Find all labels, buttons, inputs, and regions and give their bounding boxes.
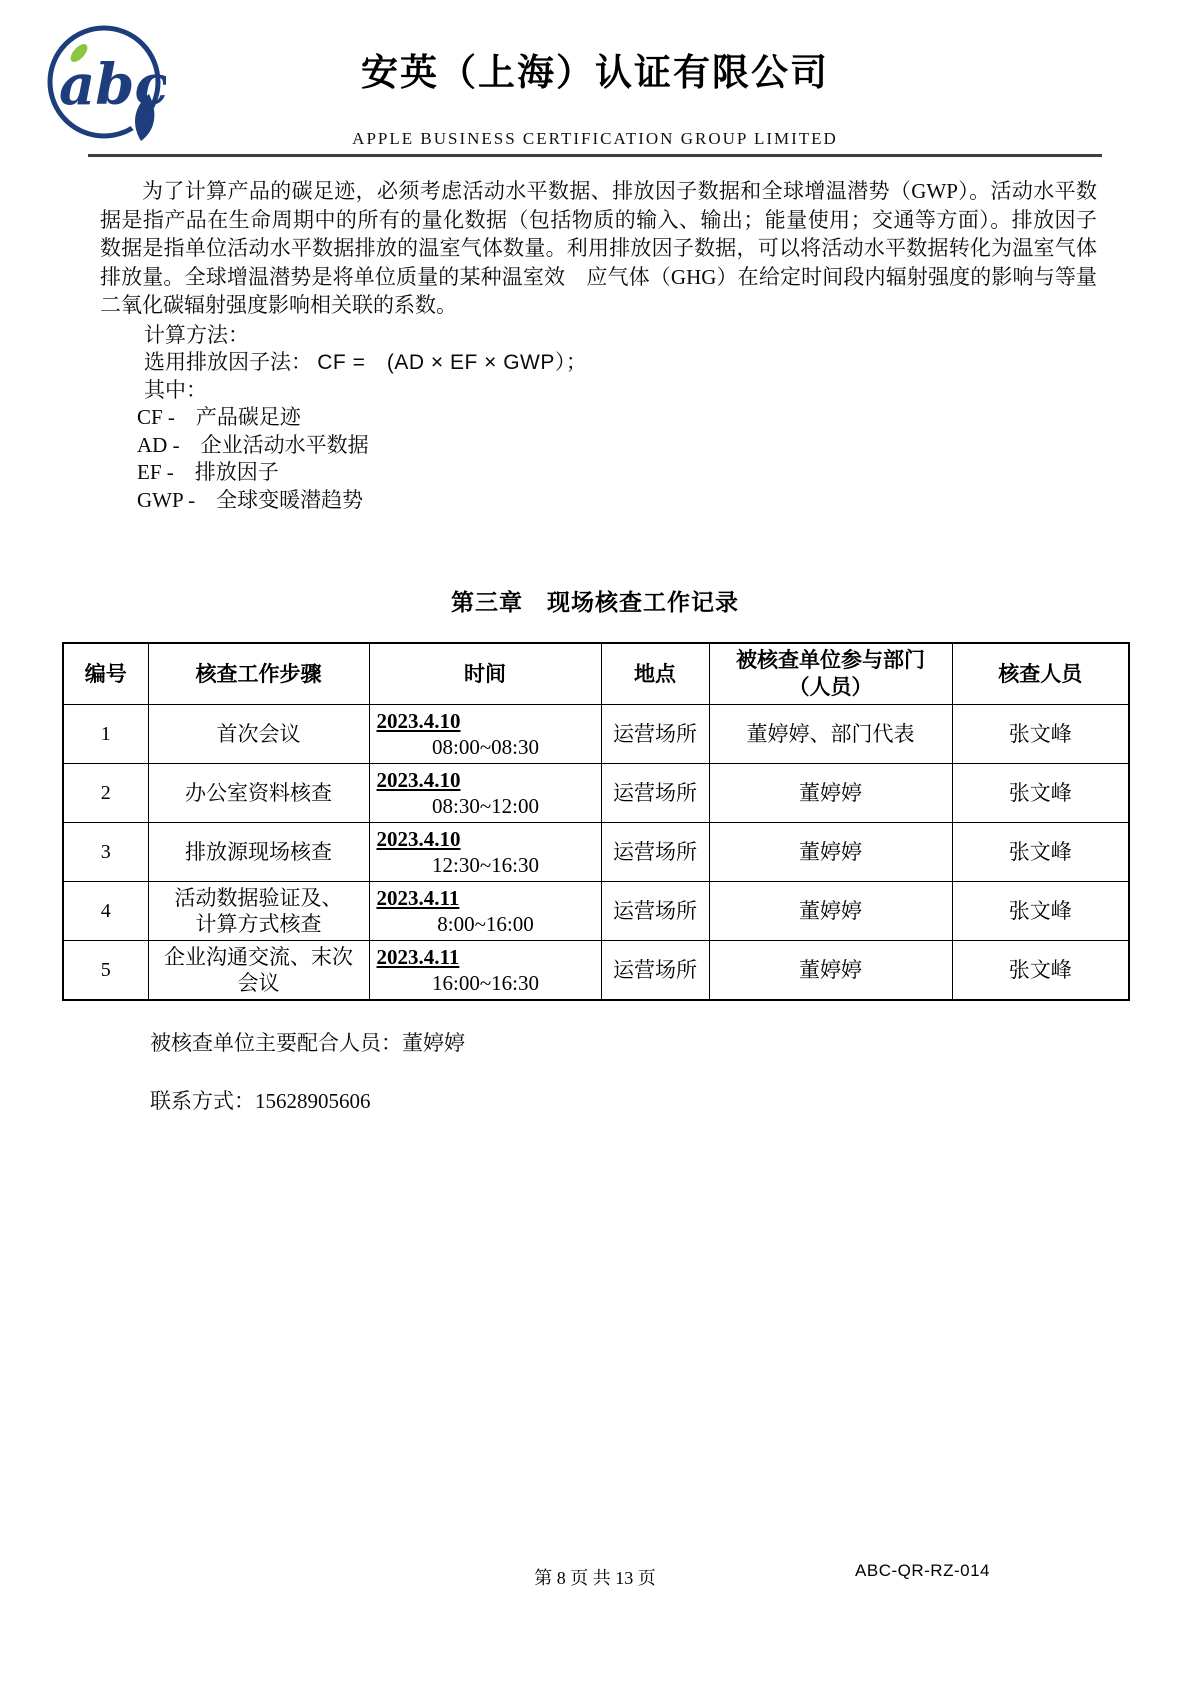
calculation-method-block: 计算方法： 选用排放因子法： CF = (AD × EF × GWP）； 其中：…: [100, 322, 1097, 515]
section-title: 第三章 现场核查工作记录: [90, 584, 1100, 617]
doc-header: abc 安英（上海）认证有限公司 APPLE BUSINESS CERTIFIC…: [0, 0, 1190, 157]
cell-no: 5: [63, 941, 148, 1001]
table-header-row: 编号 核查工作步骤 时间 地点 被核查单位参与部门 （人员） 核查人员: [63, 643, 1129, 705]
cell-auditor: 张文峰: [952, 764, 1129, 823]
company-name-cn: 安英（上海）认证有限公司: [0, 0, 1190, 96]
definition-ef: EF - 排放因子: [100, 459, 1097, 487]
cell-step: 活动数据验证及、 计算方式核查: [148, 882, 369, 941]
cell-auditor: 张文峰: [952, 882, 1129, 941]
table-row: 5 企业沟通交流、末次 会议 2023.4.11 16:00~16:30 运营场…: [63, 941, 1129, 1001]
cell-step: 首次会议: [148, 705, 369, 764]
cell-time: 2023.4.11 16:00~16:30: [369, 941, 601, 1001]
table-row: 4 活动数据验证及、 计算方式核查 2023.4.11 8:00~16:00 运…: [63, 882, 1129, 941]
cell-participants: 董婷婷: [709, 882, 952, 941]
cell-place: 运营场所: [601, 764, 709, 823]
abc-logo-icon: abc: [44, 20, 166, 144]
method-heading: 计算方法：: [100, 322, 1097, 350]
col-header-participants: 被核查单位参与部门 （人员）: [709, 643, 952, 705]
table-row: 1 首次会议 2023.4.10 08:00~08:30 运营场所 董婷婷、部门…: [63, 705, 1129, 764]
cell-place: 运营场所: [601, 882, 709, 941]
table-row: 2 办公室资料核查 2023.4.10 08:30~12:00 运营场所 董婷婷…: [63, 764, 1129, 823]
intro-paragraph: 为了计算产品的碳足迹，必须考虑活动水平数据、排放因子数据和全球增温潜势（GWP）…: [100, 177, 1097, 320]
cell-step: 企业沟通交流、末次 会议: [148, 941, 369, 1001]
col-header-no: 编号: [63, 643, 148, 705]
cell-time: 2023.4.10 08:00~08:30: [369, 705, 601, 764]
formula-label: 选用排放因子法：: [144, 350, 317, 374]
col-header-place: 地点: [601, 643, 709, 705]
company-logo: abc: [44, 20, 166, 144]
table-row: 3 排放源现场核查 2023.4.10 12:30~16:30 运营场所 董婷婷…: [63, 823, 1129, 882]
document-page: abc 安英（上海）认证有限公司 APPLE BUSINESS CERTIFIC…: [0, 0, 1190, 1683]
page-number: 第 8 页 共 13 页: [0, 1564, 1190, 1590]
cell-no: 2: [63, 764, 148, 823]
col-header-step: 核查工作步骤: [148, 643, 369, 705]
cell-time-range: 08:00~08:30: [377, 734, 595, 760]
document-body: 为了计算产品的碳足迹，必须考虑活动水平数据、排放因子数据和全球增温潜势（GWP）…: [0, 177, 1190, 1115]
cell-time-range: 8:00~16:00: [377, 911, 595, 937]
cell-time: 2023.4.10 08:30~12:00: [369, 764, 601, 823]
contact-note: 联系方式：15628905606: [150, 1088, 1190, 1115]
cell-auditor: 张文峰: [952, 705, 1129, 764]
where-label: 其中：: [100, 377, 1097, 405]
cell-auditor: 张文峰: [952, 823, 1129, 882]
cell-no: 3: [63, 823, 148, 882]
cooperator-note: 被核查单位主要配合人员：董婷婷: [150, 1030, 1190, 1057]
cell-participants: 董婷婷: [709, 764, 952, 823]
definition-ad: AD - 企业活动水平数据: [100, 432, 1097, 460]
col-header-auditor: 核查人员: [952, 643, 1129, 705]
cell-auditor: 张文峰: [952, 941, 1129, 1001]
cell-time-range: 12:30~16:30: [377, 852, 595, 878]
audit-record-table: 编号 核查工作步骤 时间 地点 被核查单位参与部门 （人员） 核查人员 1 首次…: [62, 642, 1130, 1001]
company-name-en: APPLE BUSINESS CERTIFICATION GROUP LIMIT…: [0, 129, 1190, 149]
cell-no: 1: [63, 705, 148, 764]
definition-gwp: GWP - 全球变暖潜趋势: [100, 487, 1097, 515]
definition-cf: CF - 产品碳足迹: [100, 404, 1097, 432]
cell-date: 2023.4.11: [377, 944, 595, 970]
cell-time-range: 08:30~12:00: [377, 793, 595, 819]
cell-date: 2023.4.10: [377, 767, 595, 793]
cell-participants: 董婷婷: [709, 941, 952, 1001]
cell-step: 办公室资料核查: [148, 764, 369, 823]
cell-step: 排放源现场核查: [148, 823, 369, 882]
formula-expression: CF = (AD × EF × GWP）；: [317, 351, 587, 374]
header-divider: [88, 154, 1102, 157]
cell-date: 2023.4.10: [377, 826, 595, 852]
cell-place: 运营场所: [601, 705, 709, 764]
cell-participants: 董婷婷、部门代表: [709, 705, 952, 764]
cell-date: 2023.4.11: [377, 885, 595, 911]
doc-code: ABC-QR-RZ-014: [855, 1561, 990, 1581]
cell-participants: 董婷婷: [709, 823, 952, 882]
cell-time-range: 16:00~16:30: [377, 970, 595, 996]
cell-place: 运营场所: [601, 823, 709, 882]
col-header-time: 时间: [369, 643, 601, 705]
cell-time: 2023.4.11 8:00~16:00: [369, 882, 601, 941]
cell-time: 2023.4.10 12:30~16:30: [369, 823, 601, 882]
cell-place: 运营场所: [601, 941, 709, 1001]
cell-date: 2023.4.10: [377, 708, 595, 734]
cell-no: 4: [63, 882, 148, 941]
svg-text:abc: abc: [59, 52, 166, 118]
formula-line: 选用排放因子法： CF = (AD × EF × GWP）；: [100, 349, 1097, 377]
